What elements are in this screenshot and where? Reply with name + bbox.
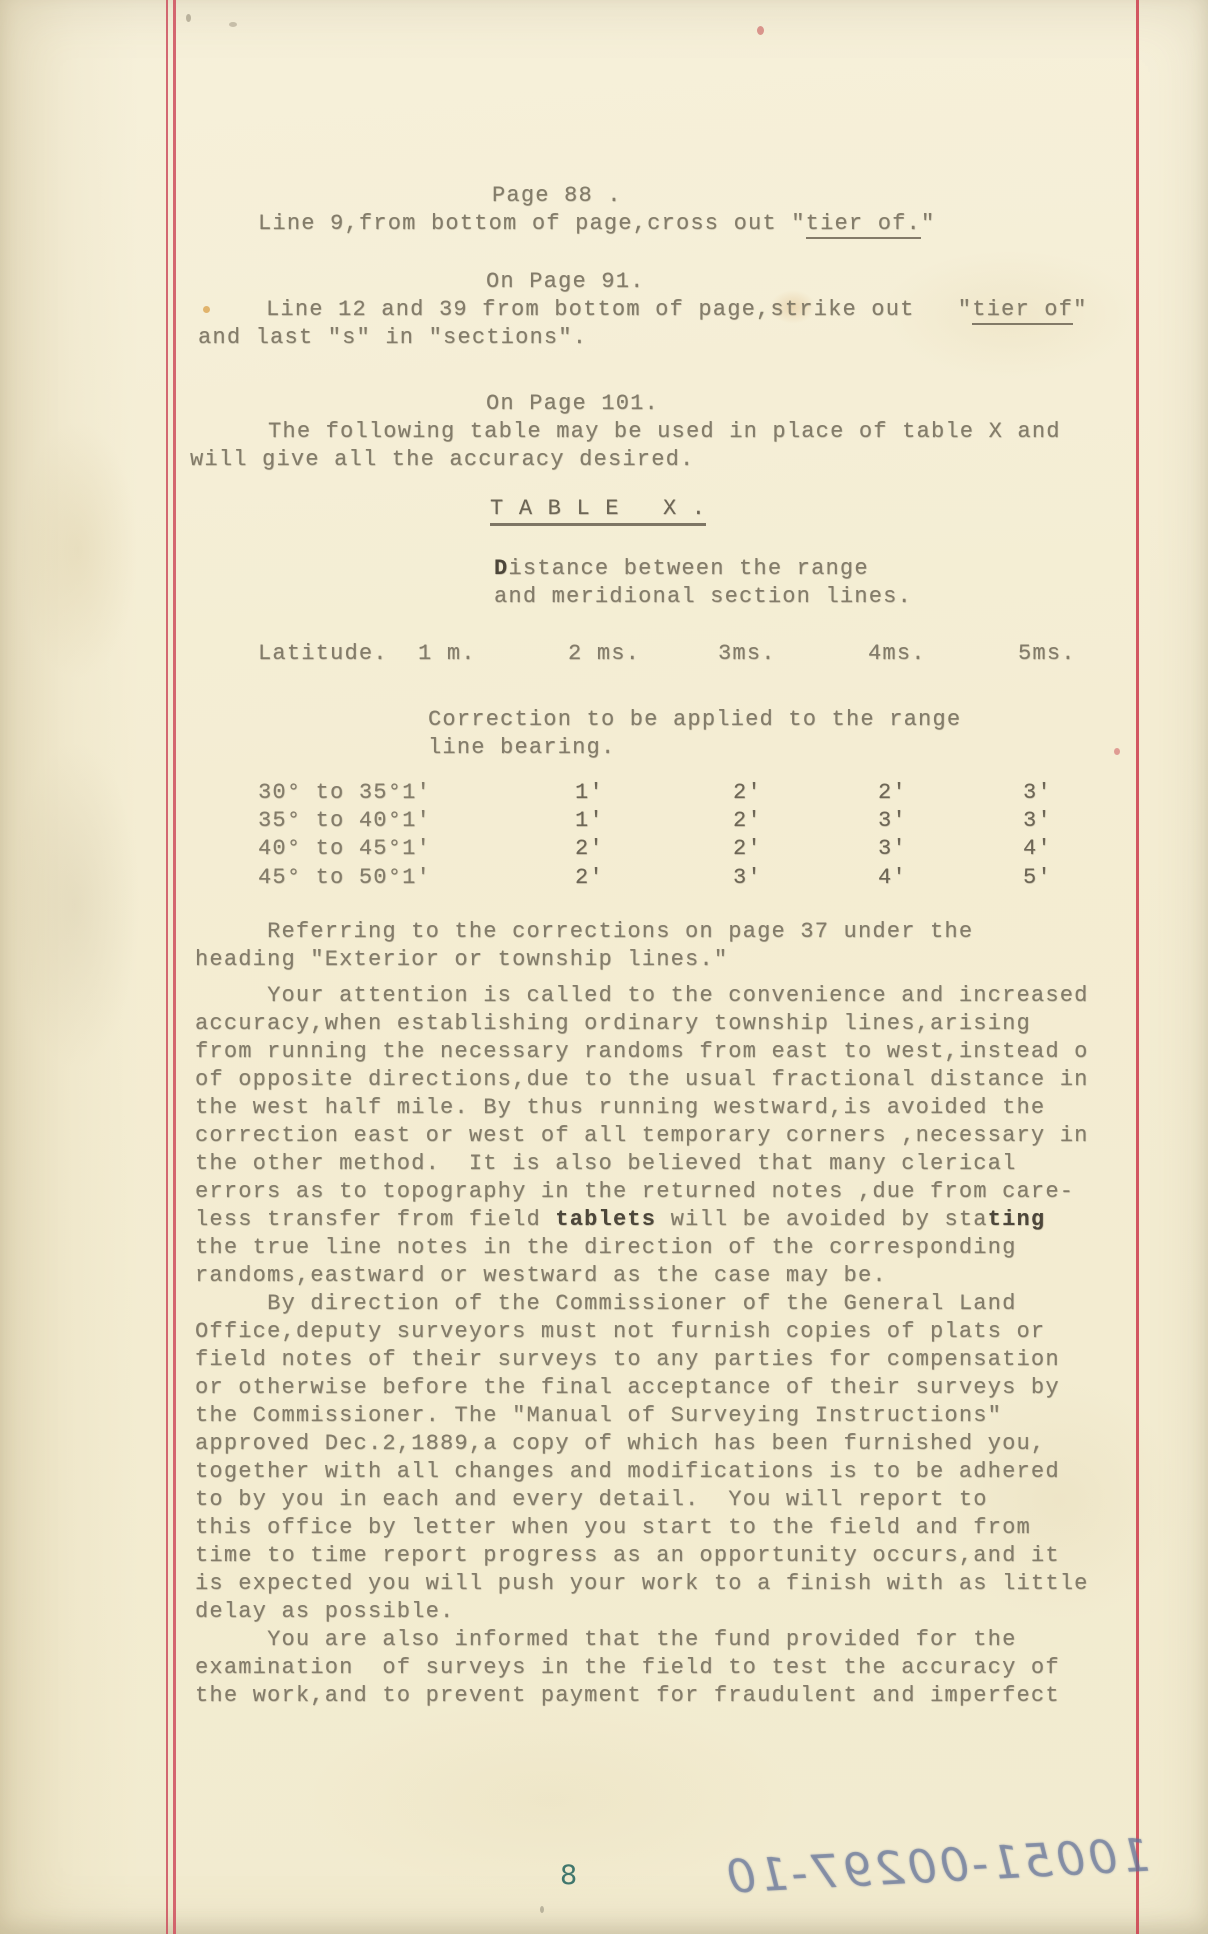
table-column-header: 5ms. <box>1018 640 1076 668</box>
table-row-label: 40° to 45°1' <box>258 835 431 863</box>
table-column-header: 1 m. <box>418 640 476 668</box>
ink-speck <box>1114 748 1120 755</box>
ink-speck <box>203 306 210 313</box>
table-caption-line-2: and meridional section lines. <box>494 583 912 611</box>
table-row-label: 30° to 35°1' <box>258 779 431 807</box>
paragraph-your-attention: Your attention is called to the convenie… <box>195 982 1145 1290</box>
left-margin-rule-inner <box>173 0 176 1934</box>
table-row-label: 45° to 50°1' <box>258 864 431 892</box>
table-cell: 5' <box>1023 864 1052 892</box>
table-note-line-1: Correction to be applied to the range <box>428 706 961 734</box>
page-101-text-line-2: will give all the accuracy desired. <box>190 446 694 474</box>
table-column-header: Latitude. <box>258 640 388 668</box>
overstruck-letters: D <box>494 556 508 581</box>
table-row: 30° to 35°1' 1' 2' 2' 3' <box>0 779 1208 807</box>
correction-line-page-88: Line 9,from bottom of page,cross out "ti… <box>258 210 935 238</box>
table-header-row: Latitude. 1 m. 2 ms. 3ms. 4ms. 5ms. <box>0 640 1208 668</box>
table-row-label: 35° to 40°1' <box>258 807 431 835</box>
left-margin-rule-outer <box>166 0 168 1934</box>
table-column-header: 3ms. <box>718 640 776 668</box>
caption-main: istance between the range <box>508 556 868 581</box>
table-cell: 2' <box>575 864 604 892</box>
page-101-text-line-1: The following table may be used in place… <box>268 418 1061 446</box>
paragraph-by-direction: By direction of the Commissioner of the … <box>195 1290 1145 1626</box>
scanned-document-page: Page 88 . Line 9,from bottom of page,cro… <box>0 0 1208 1934</box>
table-title-text: T A B L E X . <box>490 496 706 526</box>
page-number: 8 <box>560 1860 577 1891</box>
correction-text: " <box>921 211 935 236</box>
ink-speck <box>540 1906 544 1913</box>
mirrored-stamp: 10051-00297-10 <box>675 1828 1151 1907</box>
underlined-phrase: tier of. <box>806 211 921 239</box>
table-row: 35° to 40°1' 1' 2' 3' 3' <box>0 807 1208 835</box>
table-cell: 3' <box>1023 779 1052 807</box>
table-cell: 4' <box>1023 835 1052 863</box>
table-row: 45° to 50°1' 2' 3' 4' 5' <box>0 864 1208 892</box>
table-row: 40° to 45°1' 2' 2' 3' 4' <box>0 835 1208 863</box>
table-cell: 2' <box>733 779 762 807</box>
ink-speck <box>757 26 764 35</box>
table-column-header: 4ms. <box>868 640 926 668</box>
section-heading-page-101: On Page 101. <box>486 390 659 418</box>
table-cell: 2' <box>733 807 762 835</box>
section-heading-page-91: On Page 91. <box>486 268 645 296</box>
table-cell: 2' <box>575 835 604 863</box>
correction-text: " <box>1073 297 1087 322</box>
table-title: T A B L E X . <box>490 495 706 523</box>
paragraph-text: will be avoided by sta <box>656 1207 987 1232</box>
table-cell: 4' <box>878 864 907 892</box>
paragraph-referring: Referring to the corrections on page 37 … <box>195 918 1145 974</box>
underlined-phrase: tier of <box>972 297 1073 325</box>
table-note-line-2: line bearing. <box>428 734 615 762</box>
section-heading-page-88: Page 88 . <box>492 182 622 210</box>
table-cell: 1' <box>575 807 604 835</box>
correction-line-page-91-cont: and last "s" in "sections". <box>198 324 587 352</box>
paragraph-you-are-also-informed: You are also informed that the fund prov… <box>195 1626 1145 1710</box>
paragraph-text: the true line notes in the direction of … <box>195 1235 1017 1288</box>
correction-text: Line 12 and 39 from bottom of page,strik… <box>266 297 972 322</box>
paragraph-text: Your attention is called to the convenie… <box>195 983 1089 1232</box>
correction-text: Line 9,from bottom of page,cross out " <box>258 211 806 236</box>
table-cell: 1' <box>575 779 604 807</box>
table-column-header: 2 ms. <box>568 640 640 668</box>
table-caption-line-1: Distance between the range <box>494 555 869 583</box>
overstruck-letters: ting <box>988 1207 1046 1232</box>
ink-speck <box>186 14 191 22</box>
table-cell: 3' <box>878 807 907 835</box>
ink-speck <box>229 22 237 27</box>
correction-line-page-91: Line 12 and 39 from bottom of page,strik… <box>266 296 1088 324</box>
table-cell: 2' <box>878 779 907 807</box>
table-cell: 2' <box>733 835 762 863</box>
table-cell: 3' <box>1023 807 1052 835</box>
table-cell: 3' <box>878 835 907 863</box>
overstruck-word: tablets <box>555 1207 656 1232</box>
table-cell: 3' <box>733 864 762 892</box>
